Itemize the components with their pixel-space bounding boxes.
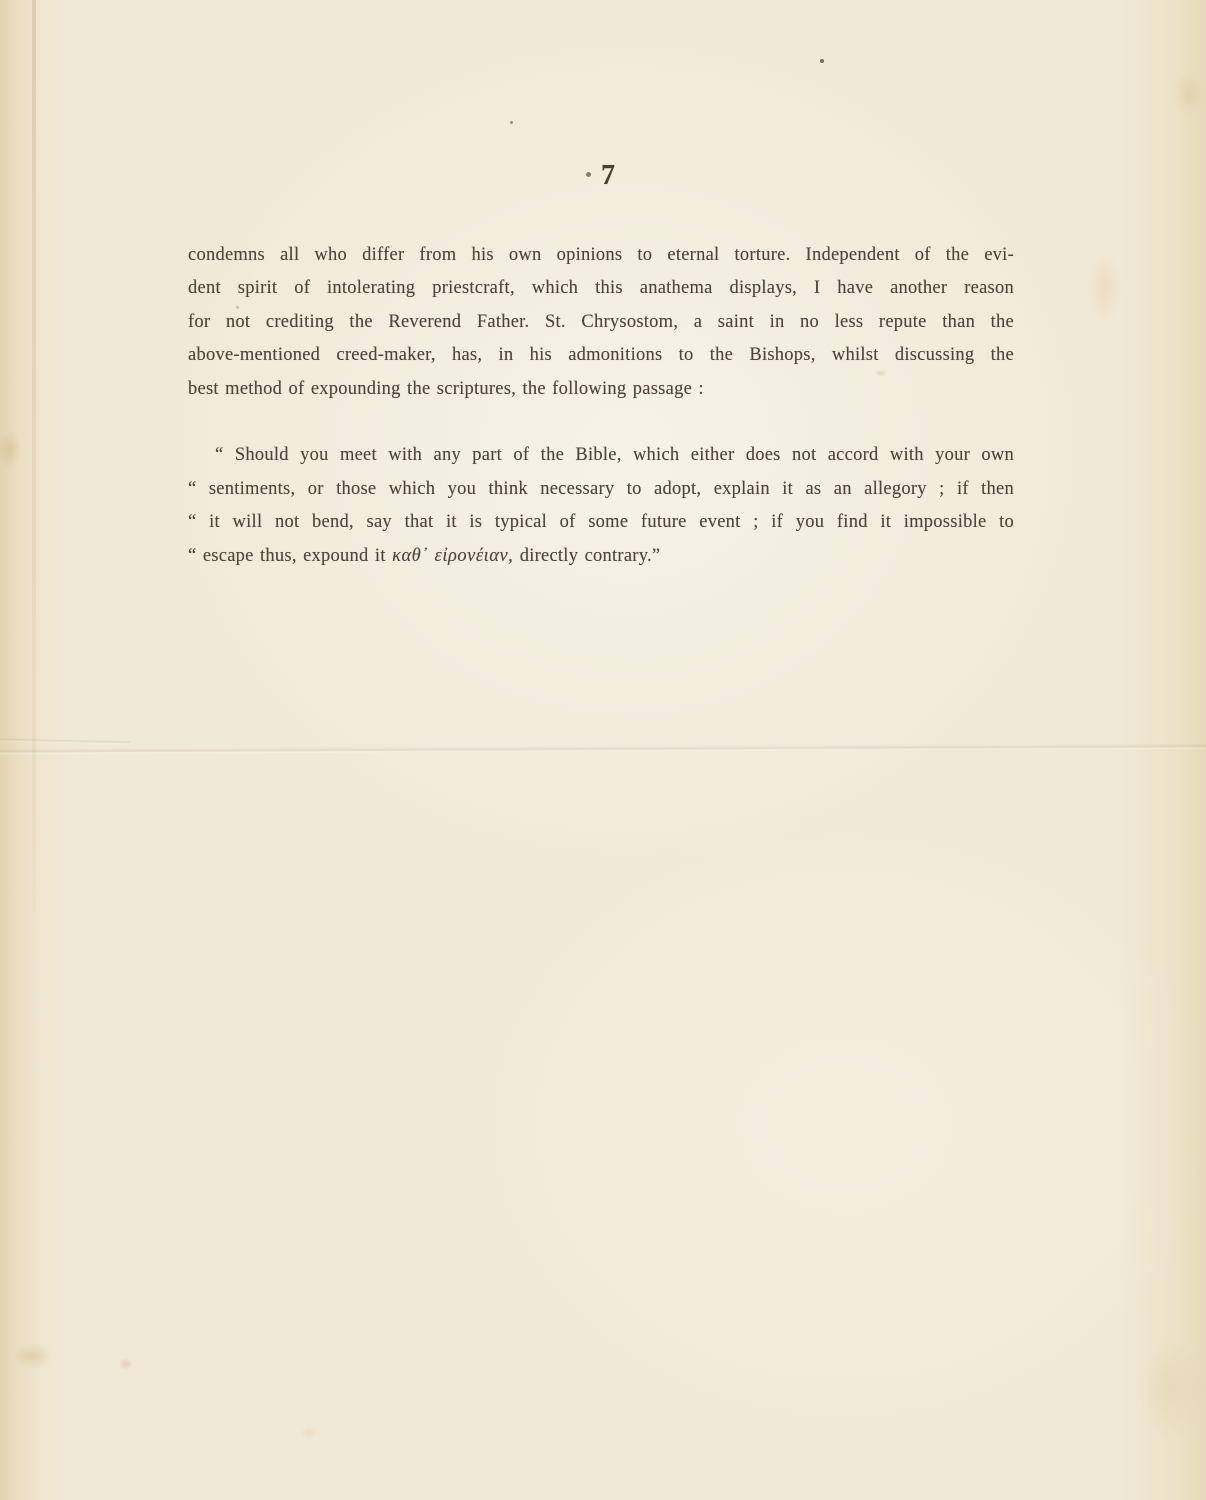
paper-stain bbox=[1126, 1320, 1206, 1460]
greek-phrase: καθ᾽ εἰρονέιαν, bbox=[392, 546, 513, 566]
quote-line: “ Should you meet with any part of the B… bbox=[188, 439, 1014, 472]
page-number: 7 bbox=[188, 160, 1014, 192]
print-dot bbox=[586, 172, 591, 177]
page-number-value: 7 bbox=[601, 160, 616, 191]
quote-line: “ sentiments, or those which you think n… bbox=[188, 473, 1014, 506]
text-line: best method of expounding the scriptures… bbox=[188, 373, 1014, 406]
quote-line: “ escape thus, expound it καθ᾽ εἰρονέιαν… bbox=[188, 540, 1014, 573]
body-text-block: condemns all who differ from his own opi… bbox=[188, 239, 1014, 573]
paper-stain bbox=[116, 1356, 136, 1372]
text-line: above-mentioned creed-maker, has, in his… bbox=[188, 339, 1014, 372]
ink-speck bbox=[510, 121, 513, 124]
paper-stain bbox=[296, 1424, 322, 1442]
quote-line-pre: “ escape thus, expound it bbox=[188, 546, 392, 566]
text-line: dent spirit of intolerating priestcraft,… bbox=[188, 272, 1014, 305]
text-line: for not crediting the Reverend Father. S… bbox=[188, 306, 1014, 339]
text-line: condemns all who differ from his own opi… bbox=[188, 239, 1014, 272]
paragraph-main: condemns all who differ from his own opi… bbox=[188, 239, 1014, 406]
quote-line-post: directly contrary.” bbox=[513, 546, 660, 566]
scanned-document-page: 7 condemns all who differ from his own o… bbox=[0, 0, 1206, 1500]
quote-line: “ it will not bend, say that it is typic… bbox=[188, 506, 1014, 539]
paper-stain bbox=[1082, 238, 1128, 338]
paper-stain bbox=[1168, 64, 1206, 124]
ink-speck bbox=[820, 59, 824, 63]
paragraph-quote: “ Should you meet with any part of the B… bbox=[188, 439, 1014, 573]
horizontal-fold-crease bbox=[0, 743, 1206, 754]
